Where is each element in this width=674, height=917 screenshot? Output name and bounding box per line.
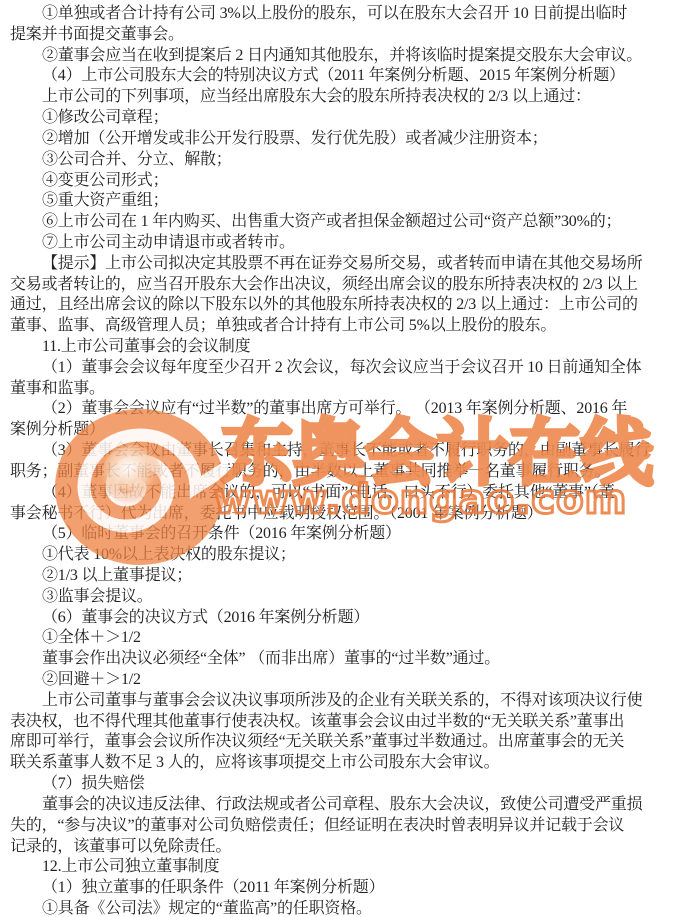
text-line: 事会秘书不行）代为出席，委托书中应载明授权范围。（2001 年案例分析题）	[10, 504, 664, 525]
text-line: 记录的，该董事可以免除责任。	[10, 837, 664, 858]
text-line: ①代表 10%以上表决权的股东提议；	[10, 545, 664, 566]
text-line: （3）董事会会议由董事长召集和主持，董事长不能或者不履行职务的，由副董事长履行	[10, 441, 664, 462]
text-line: 董事、监事、高级管理人员；单独或者合计持有上市公司 5%以上股份的股东。	[10, 316, 664, 337]
text-line: ⑥上市公司在 1 年内购买、出售重大资产或者担保金额超过公司“资产总额”30%的…	[10, 212, 664, 233]
text-line: 上市公司的下列事项，应当经出席股东大会的股东所持表决权的 2/3 以上通过：	[10, 87, 664, 108]
text-line: （1）独立董事的任职条件（2011 年案例分析题）	[10, 878, 664, 899]
text-line: （4）上市公司股东大会的特别决议方式（2011 年案例分析题、2015 年案例分…	[10, 66, 664, 87]
document-page: ①单独或者合计持有公司 3%以上股份的股东，可以在股东大会召开 10 日前提出临…	[0, 0, 674, 917]
text-line: 董事会作出决议必须经“全体” （而非出席）董事的“过半数”通过。	[10, 649, 664, 670]
text-line: 提案并书面提交董事会。	[10, 25, 664, 46]
text-line: 联关系董事人数不足 3 人的，应将该事项提交上市公司股东大会审议。	[10, 753, 664, 774]
text-line: ②1/3 以上董事提议；	[10, 566, 664, 587]
text-line: 12.上市公司独立董事制度	[10, 857, 664, 878]
text-line: ②董事会应当在收到提案后 2 日内通知其他股东，并将该临时提案提交股东大会审议。	[10, 46, 664, 67]
text-line: ①修改公司章程；	[10, 108, 664, 129]
document-text-block: ①单独或者合计持有公司 3%以上股份的股东，可以在股东大会召开 10 日前提出临…	[0, 0, 674, 917]
text-line: 【提示】上市公司拟决定其股票不再在证券交易所交易，或者转而申请在其他交易场所	[10, 254, 664, 275]
text-line: ⑤重大资产重组；	[10, 191, 664, 212]
text-line: 表决权，也不得代理其他董事行使表决权。该董事会会议由过半数的“无关联关系”董事出	[10, 712, 664, 733]
text-line: 案例分析题）	[10, 420, 664, 441]
text-line: （7）损失赔偿	[10, 774, 664, 795]
text-line: （6）董事会的决议方式（2016 年案例分析题）	[10, 608, 664, 629]
text-line: 董事会的决议违反法律、行政法规或者公司章程、股东大会决议，致使公司遭受严重损	[10, 795, 664, 816]
text-line: ③监事会提议。	[10, 587, 664, 608]
text-line: 上市公司董事与董事会会议决议事项所涉及的企业有关联关系的，不得对该项决议行使	[10, 691, 664, 712]
text-line: 通过，且经出席会议的除以下股东以外的其他股东所持表决权的 2/3 以上通过：上市…	[10, 295, 664, 316]
text-line: ④变更公司形式；	[10, 171, 664, 192]
text-line: 董事和监事。	[10, 379, 664, 400]
text-line: ②增加（公开增发或非公开发行股票、发行优先股）或者减少注册资本；	[10, 129, 664, 150]
text-line: （1）董事会会议每年度至少召开 2 次会议，每次会议应当于会议召开 10 日前通…	[10, 358, 664, 379]
text-line: ③公司合并、分立、解散；	[10, 150, 664, 171]
text-line: （2）董事会会议应有“过半数”的董事出席方可举行。 （2013 年案例分析题、2…	[10, 399, 664, 420]
text-line: 失的，“参与决议”的董事对公司负赔偿责任；但经证明在表决时曾表明异议并记载于会议	[10, 816, 664, 837]
text-line: （5）临时董事会的召开条件（2016 年案例分析题）	[10, 524, 664, 545]
text-line: ①具备《公司法》规定的“董监高”的任职资格。	[10, 899, 664, 917]
text-line: 席即可举行，董事会会议所作决议须经“无关联关系”董事过半数通过。出席董事会的无关	[10, 732, 664, 753]
text-line: ②回避＋＞1/2	[10, 670, 664, 691]
text-line: ①单独或者合计持有公司 3%以上股份的股东，可以在股东大会召开 10 日前提出临…	[10, 4, 664, 25]
text-line: 职务；副董事长不能或者不履行职务的，由半数以上董事共同推举一名董事履行职务。	[10, 462, 664, 483]
text-line: ①全体＋＞1/2	[10, 628, 664, 649]
text-line: （4）董事因故不能出席会议的，可以“书面”（电话、口头不行）委托其他“董事”（董	[10, 483, 664, 504]
text-line: 交易或者转让的，应当召开股东大会作出决议，须经出席会议的股东所持表决权的 2/3…	[10, 275, 664, 296]
text-line: 11.上市公司董事会的会议制度	[10, 337, 664, 358]
text-line: ⑦上市公司主动申请退市或者转市。	[10, 233, 664, 254]
